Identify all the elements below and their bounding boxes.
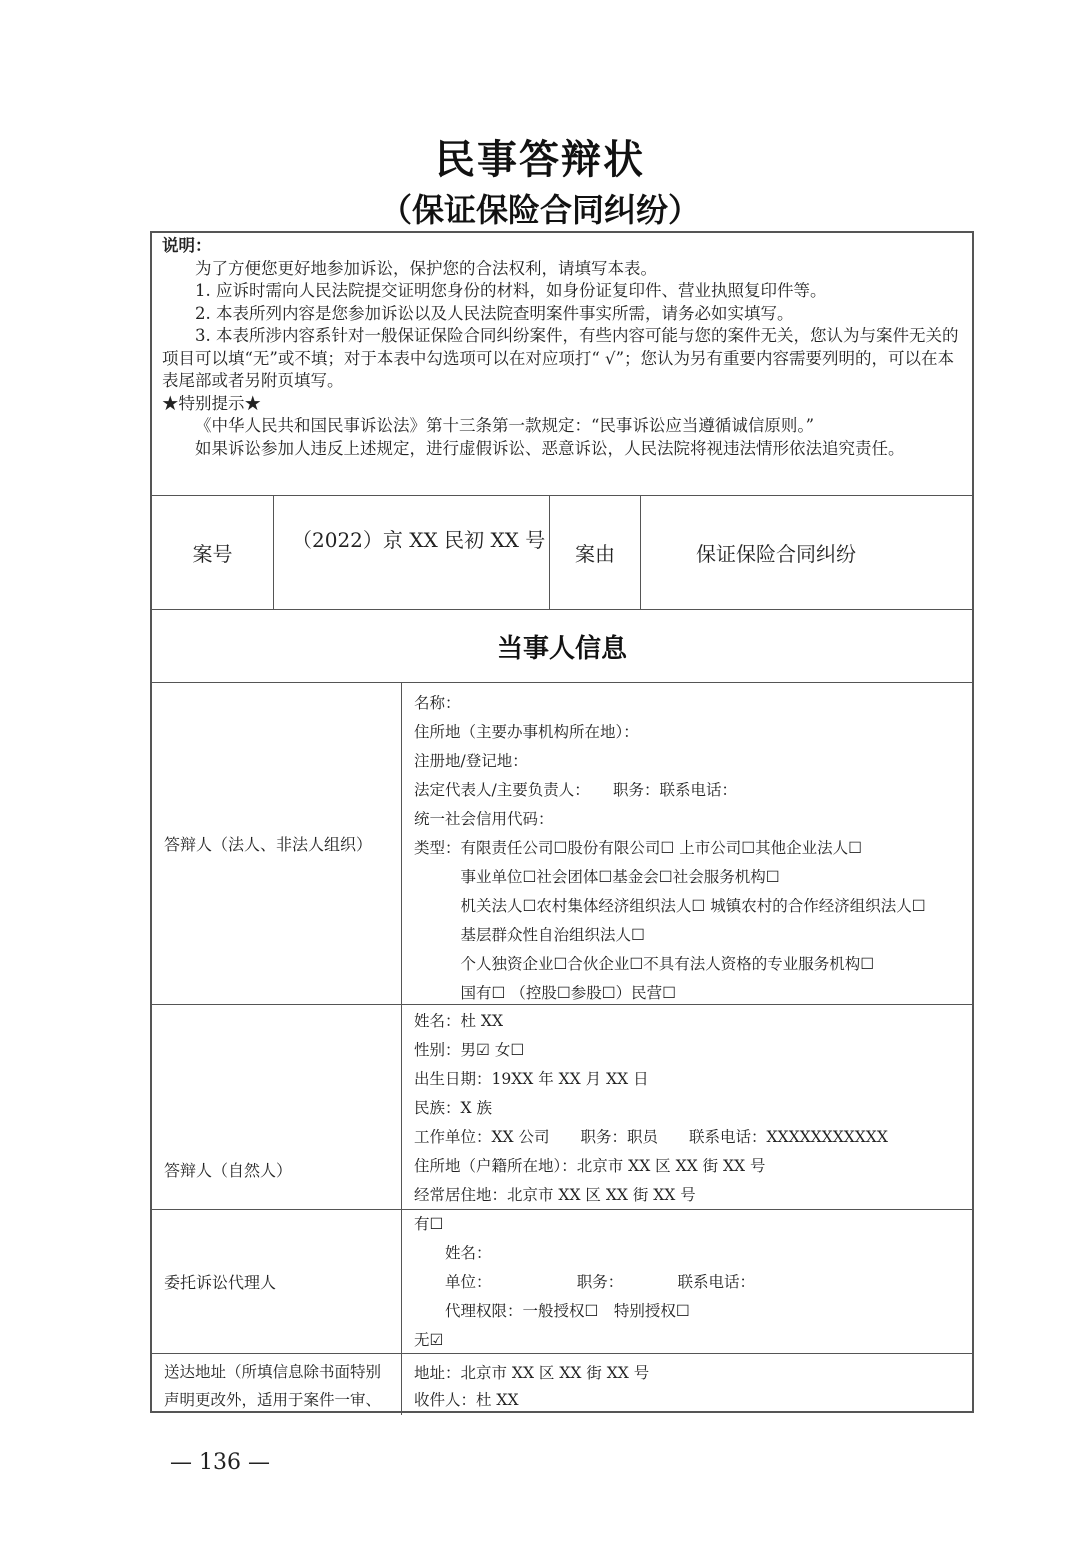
org-representative-field[interactable]: 法定代表人/主要负责人： 职务：联系电话： bbox=[414, 776, 972, 805]
person-residence-field[interactable]: 经常居住地：北京市 XX 区 XX 街 XX 号 bbox=[414, 1181, 972, 1210]
service-address-label: 送达地址（所填信息除书面特别 声明更改外，适用于案件一审、 bbox=[152, 1354, 401, 1415]
recipient-field[interactable]: 收件人：杜 XX bbox=[414, 1387, 972, 1414]
special-notice-line: 如果诉讼参加人违反上述规定，进行虚假诉讼、恶意诉讼，人民法院将视违法情形依法追究… bbox=[162, 438, 962, 461]
service-address-label-line: 声明更改外，适用于案件一审、 bbox=[164, 1386, 401, 1414]
respondent-person-row: 答辩人（自然人） 姓名：杜 XX 性别：男☑ 女☐ 出生日期：19XX 年 XX… bbox=[152, 1004, 972, 1209]
agent-name-field[interactable]: 姓名： bbox=[414, 1239, 972, 1268]
service-address-label-line: 送达地址（所填信息除书面特别 bbox=[164, 1358, 401, 1386]
agent-label: 委托诉讼代理人 bbox=[152, 1210, 401, 1353]
party-info-header-row: 当事人信息 bbox=[152, 609, 972, 682]
service-address-fields: 地址：北京市 XX 区 XX 街 XX 号 收件人：杜 XX bbox=[401, 1354, 972, 1415]
agent-yes-checkbox[interactable]: 有☐ bbox=[414, 1210, 972, 1239]
org-type-checkboxes[interactable]: 类型：有限责任公司☐股份有限公司☐ 上市公司☐其他企业法人☐ bbox=[414, 834, 972, 863]
case-cause-value[interactable]: 保证保险合同纠纷 bbox=[640, 496, 972, 609]
instruction-item: 3. 本表所涉内容系针对一般保证保险合同纠纷案件，有些内容可能与您的案件无关，您… bbox=[162, 325, 962, 393]
person-ethnicity-field[interactable]: 民族：X 族 bbox=[414, 1094, 972, 1123]
agent-row: 委托诉讼代理人 有☐ 姓名： 单位： 职务： 联系电话： 代理权限：一般授权☐ … bbox=[152, 1209, 972, 1353]
party-info-title: 当事人信息 bbox=[152, 610, 972, 682]
respondent-org-fields: 名称： 住所地（主要办事机构所在地）： 注册地/登记地： 法定代表人/主要负责人… bbox=[401, 683, 972, 1004]
case-number-value[interactable]: （2022）京 XX 民初 XX 号 bbox=[273, 496, 549, 609]
page-number: — 136 — bbox=[170, 1450, 270, 1475]
instruction-item: 1. 应诉时需向人民法院提交证明您身份的材料，如身份证复印件、营业执照复印件等。 bbox=[162, 280, 962, 303]
respondent-person-fields: 姓名：杜 XX 性别：男☑ 女☐ 出生日期：19XX 年 XX 月 XX 日 民… bbox=[401, 1005, 972, 1209]
respondent-org-row: 答辩人（法人、非法人组织） 名称： 住所地（主要办事机构所在地）： 注册地/登记… bbox=[152, 682, 972, 1004]
agent-unit-field[interactable]: 单位： 职务： 联系电话： bbox=[414, 1268, 972, 1297]
person-domicile-field[interactable]: 住所地（户籍所在地）：北京市 XX 区 XX 街 XX 号 bbox=[414, 1152, 972, 1181]
document-title: 民事答辩状 bbox=[0, 128, 1080, 185]
org-type-checkboxes[interactable]: 个人独资企业☐合伙企业☐不具有法人资格的专业服务机构☐ bbox=[414, 950, 972, 979]
form-table: 说明： 为了方便您更好地参加诉讼，保护您的合法权利，请填写本表。 1. 应诉时需… bbox=[150, 231, 974, 1413]
case-number-label: 案号 bbox=[152, 496, 273, 609]
instructions-heading: 说明： bbox=[162, 235, 962, 258]
org-registration-field[interactable]: 注册地/登记地： bbox=[414, 747, 972, 776]
document-subtitle: （保证保险合同纠纷） bbox=[0, 185, 1080, 231]
instruction-item: 2. 本表所列内容是您参加诉讼以及人民法院查明案件事实所需，请务必如实填写。 bbox=[162, 303, 962, 326]
respondent-org-label: 答辩人（法人、非法人组织） bbox=[152, 683, 401, 1004]
instructions-intro: 为了方便您更好地参加诉讼，保护您的合法权利，请填写本表。 bbox=[162, 258, 962, 281]
special-notice-heading: ★特别提示★ bbox=[162, 393, 962, 416]
org-address-field[interactable]: 住所地（主要办事机构所在地）： bbox=[414, 718, 972, 747]
special-notice-line: 《中华人民共和国民事诉讼法》第十三条第一款规定：“民事诉讼应当遵循诚信原则。” bbox=[162, 415, 962, 438]
org-type-checkboxes[interactable]: 机关法人☐农村集体经济组织法人☐ 城镇农村的合作经济组织法人☐ bbox=[414, 892, 972, 921]
org-type-checkboxes[interactable]: 事业单位☐社会团体☐基金会☐社会服务机构☐ bbox=[414, 863, 972, 892]
service-address-row: 送达地址（所填信息除书面特别 声明更改外，适用于案件一审、 地址：北京市 XX … bbox=[152, 1353, 972, 1415]
case-info-row: 案号 （2022）京 XX 民初 XX 号 案由 保证保险合同纠纷 bbox=[152, 495, 972, 609]
agent-no-checkbox[interactable]: 无☑ bbox=[414, 1326, 972, 1355]
org-type-checkboxes[interactable]: 基层群众性自治组织法人☐ bbox=[414, 921, 972, 950]
agent-fields: 有☐ 姓名： 单位： 职务： 联系电话： 代理权限：一般授权☐ 特别授权☐ 无☑ bbox=[401, 1210, 972, 1353]
person-gender-checkboxes[interactable]: 性别：男☑ 女☐ bbox=[414, 1036, 972, 1065]
agent-authority-checkboxes[interactable]: 代理权限：一般授权☐ 特别授权☐ bbox=[414, 1297, 972, 1326]
org-name-field[interactable]: 名称： bbox=[414, 689, 972, 718]
person-employer-field[interactable]: 工作单位：XX 公司 职务：职员 联系电话：XXXXXXXXXXX bbox=[414, 1123, 972, 1152]
service-address-field[interactable]: 地址：北京市 XX 区 XX 街 XX 号 bbox=[414, 1360, 972, 1387]
respondent-person-label: 答辩人（自然人） bbox=[152, 1005, 401, 1209]
person-name-field[interactable]: 姓名：杜 XX bbox=[414, 1007, 972, 1036]
instructions-section: 说明： 为了方便您更好地参加诉讼，保护您的合法权利，请填写本表。 1. 应诉时需… bbox=[152, 233, 972, 495]
org-credit-code-field[interactable]: 统一社会信用代码： bbox=[414, 805, 972, 834]
person-birthdate-field[interactable]: 出生日期：19XX 年 XX 月 XX 日 bbox=[414, 1065, 972, 1094]
case-cause-label: 案由 bbox=[549, 496, 640, 609]
